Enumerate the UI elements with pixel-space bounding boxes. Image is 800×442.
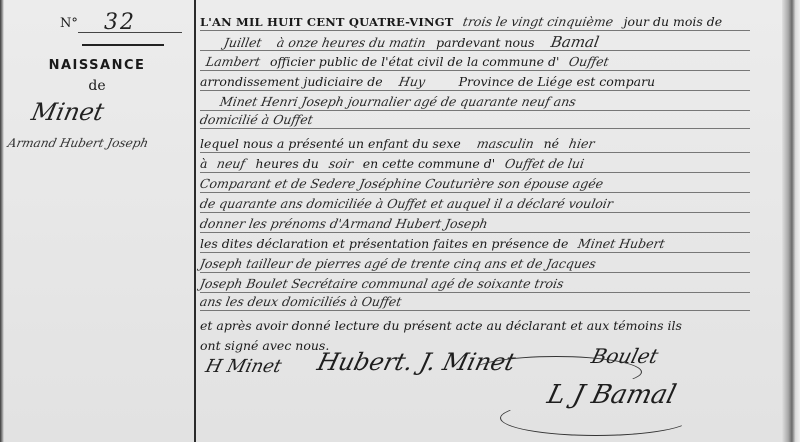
handwritten-text: hier (567, 134, 596, 154)
text-line: ans les deux domiciliés à Ouffet (200, 292, 760, 312)
signature-father: H Minet (203, 356, 283, 377)
margin-heading: NAISSANCE (0, 58, 194, 73)
handwritten-text: donner les prénoms d'Armand Hubert Josep… (198, 214, 489, 234)
handwritten-text: Lambert (204, 52, 262, 72)
text-line: et après avoir donné lecture du présent … (200, 316, 760, 336)
text-line: de quarante ans domiciliée à Ouffet et a… (200, 194, 760, 214)
act-number: N° 32 (60, 14, 182, 34)
text-line: Joseph tailleur de pierres agé de trente… (200, 254, 760, 274)
printed-text: en cette commune d' (363, 156, 495, 171)
handwritten-text: masculin (475, 134, 535, 154)
printed-text: ont signé avec nous. (200, 338, 329, 353)
text-line: les dites déclaration et présentation fa… (200, 234, 760, 254)
margin-de: de (0, 78, 194, 94)
text-line: Comparant et de Sedere Joséphine Couturi… (200, 174, 760, 194)
handwritten-text: Joseph Boulet Secrétaire communal agé de… (198, 274, 565, 294)
text-line: lequel nous a présenté un enfant du sexe… (200, 134, 760, 154)
page-binding-edge (782, 0, 800, 442)
printed-text: L'AN MIL HUIT CENT QUATRE-VINGT (200, 15, 453, 29)
printed-text: lequel nous a présenté un enfant du sexe (200, 136, 461, 151)
text-line: arrondissement judiciaire de Huy Provinc… (200, 72, 760, 92)
handwritten-text: Minet Hubert (577, 234, 667, 254)
document-page: N° 32 NAISSANCE de Minet Armand Hubert J… (0, 0, 800, 442)
handwritten-text: Joseph tailleur de pierres agé de trente… (198, 254, 597, 274)
text-line: L'AN MIL HUIT CENT QUATRE-VINGT trois le… (200, 12, 760, 32)
margin-column: N° 32 NAISSANCE de Minet Armand Hubert J… (0, 0, 194, 442)
handwritten-text: soir (327, 154, 354, 174)
margin-divider (194, 0, 196, 442)
text-line: Juillet à onze heures du matin pardevant… (200, 32, 760, 52)
printed-text: Province de Liége est comparu (459, 74, 656, 89)
child-given-names: Armand Hubert Joseph (7, 136, 150, 150)
handwritten-text: Ouffet de lui (503, 154, 585, 174)
printed-text: et après avoir donné lecture du présent … (200, 318, 682, 333)
handwritten-text: neuf (216, 154, 248, 174)
handwritten-text: Minet Henri Joseph journalier agé de qua… (218, 92, 577, 112)
printed-text: arrondissement judiciaire de (200, 74, 383, 89)
handwritten-text: trois le vingt cinquième (462, 12, 616, 32)
handwritten-text: à onze heures du matin (276, 33, 428, 53)
text-line: à neuf heures du soir en cette commune d… (200, 154, 760, 174)
handwritten-text: Juillet (222, 33, 263, 53)
child-surname: Minet (29, 98, 107, 126)
printed-text: les dites déclaration et présentation fa… (200, 236, 568, 251)
handwritten-text: Comparant et de Sedere Joséphine Couturi… (198, 174, 605, 194)
handwritten-text: ans les deux domiciliés à Ouffet (198, 292, 403, 312)
text-line: domicilié à Ouffet (200, 110, 760, 130)
handwritten-text: de quarante ans domiciliée à Ouffet et a… (198, 194, 614, 214)
printed-text: heures du (256, 156, 319, 171)
handwritten-text: domicilié à Ouffet (198, 110, 314, 130)
handwritten-text: Ouffet (568, 52, 611, 72)
margin-rule (82, 44, 164, 46)
number-label: N° (60, 16, 78, 31)
text-line: Lambert officier public de l'état civil … (200, 52, 760, 72)
printed-text: né (544, 136, 559, 151)
printed-text: à (200, 156, 207, 171)
printed-text: pardevant nous (436, 35, 534, 50)
printed-text: jour du mois de (624, 14, 723, 29)
text-line: Joseph Boulet Secrétaire communal agé de… (200, 274, 760, 294)
text-line: donner les prénoms d'Armand Hubert Josep… (200, 214, 760, 234)
handwritten-text: Bamal (549, 32, 600, 52)
signature-flourish (500, 400, 692, 436)
printed-text: officier public de l'état civil de la co… (270, 54, 559, 69)
handwritten-text: Huy (397, 72, 427, 92)
text-line: Minet Henri Joseph journalier agé de qua… (200, 92, 760, 112)
signature-flourish (470, 356, 642, 388)
number-value: 32 (104, 10, 136, 35)
